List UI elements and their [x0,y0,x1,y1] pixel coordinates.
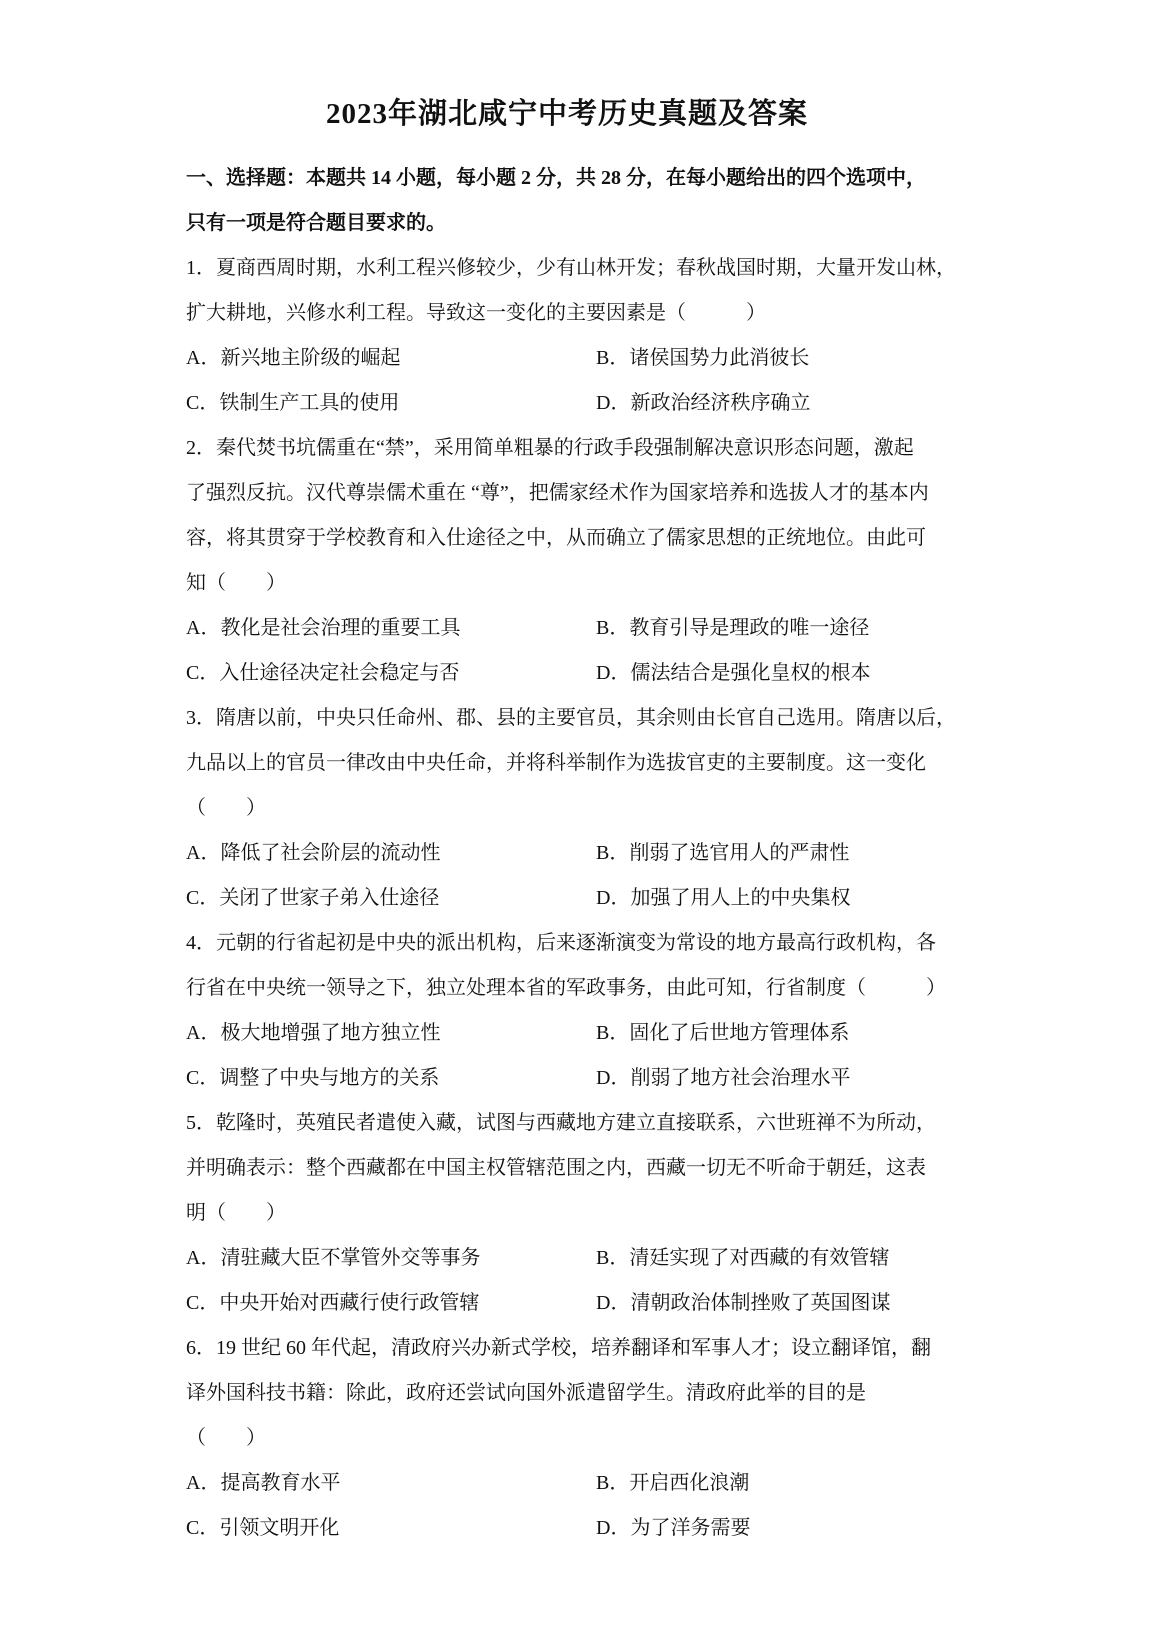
answer-option: D．削弱了地方社会治理水平 [596,1056,850,1101]
option-row: A．提高教育水平 B．开启西化浪潮 [186,1461,948,1506]
option-label: D． [596,1056,630,1101]
question-options: A．降低了社会阶层的流动性 B．削弱了选官用人的严肃性 C．关闭了世家子弟入仕途… [186,831,948,921]
question-stem: 1．夏商西周时期，水利工程兴修较少，少有山林开发；春秋战国时期，大量开发山林，扩… [186,246,948,336]
option-label: A． [186,831,220,876]
option-label: C． [186,1056,219,1101]
option-row: A．极大地增强了地方独立性 B．固化了后世地方管理体系 [186,1011,948,1056]
answer-option: B．清廷实现了对西藏的有效管辖 [596,1236,889,1281]
option-text: 为了洋务需要 [630,1506,750,1551]
question-stem: 6．19 世纪 60 年代起，清政府兴办新式学校，培养翻译和军事人才；设立翻译馆… [186,1326,948,1461]
option-text: 清朝政治体制挫败了英国图谋 [630,1281,890,1326]
option-label: C． [186,381,219,426]
option-text: 降低了社会阶层的流动性 [220,831,440,876]
question-stem: 4．元朝的行省起初是中央的派出机构，后来逐渐演变为常设的地方最高行政机构，各行省… [186,921,948,1011]
option-label: D． [596,1281,630,1326]
option-label: B． [596,1461,629,1506]
option-label: C． [186,876,219,921]
option-text: 中央开始对西藏行使行政管辖 [219,1281,479,1326]
option-text: 削弱了选官用人的严肃性 [629,831,849,876]
answer-option: C．关闭了世家子弟入仕途径 [186,876,596,921]
question-stem: 2．秦代焚书坑儒重在“禁”，采用简单粗暴的行政手段强制解决意识形态问题，激起了强… [186,426,948,606]
option-row: A．教化是社会治理的重要工具 B．教育引导是理政的唯一途径 [186,606,948,651]
answer-option: B．诸侯国势力此消彼长 [596,336,809,381]
stem-line: 并明确表示：整个西藏都在中国主权管辖范围之内，西藏一切无不听命于朝廷，这表 [186,1146,948,1191]
stem-line: 知（ ） [186,561,948,606]
option-text: 加强了用人上的中央集权 [630,876,850,921]
question-block: 3．隋唐以前，中央只任命州、郡、县的主要官员，其余则由长官自己选用。隋唐以后，九… [186,696,948,921]
option-text: 削弱了地方社会治理水平 [630,1056,850,1101]
stem-line: 明（ ） [186,1191,948,1236]
stem-line: 九品以上的官员一律改由中央任命，并将科举制作为选拔官吏的主要制度。这一变化 [186,741,948,786]
stem-line: 容，将其贯穿于学校教育和入仕途径之中，从而确立了儒家思想的正统地位。由此可 [186,516,948,561]
option-row: C．中央开始对西藏行使行政管辖 D．清朝政治体制挫败了英国图谋 [186,1281,948,1326]
option-label: A． [186,336,220,381]
question-list: 1．夏商西周时期，水利工程兴修较少，少有山林开发；春秋战国时期，大量开发山林，扩… [186,246,948,1551]
option-row: C．调整了中央与地方的关系 D．削弱了地方社会治理水平 [186,1056,948,1101]
option-row: C．铁制生产工具的使用 D．新政治经济秩序确立 [186,381,948,426]
stem-line: 4．元朝的行省起初是中央的派出机构，后来逐渐演变为常设的地方最高行政机构，各 [186,921,948,966]
option-text: 新兴地主阶级的崛起 [220,336,400,381]
option-row: C．入仕途径决定社会稳定与否 D．儒法结合是强化皇权的根本 [186,651,948,696]
option-row: C．关闭了世家子弟入仕途径 D．加强了用人上的中央集权 [186,876,948,921]
answer-option: D．为了洋务需要 [596,1506,750,1551]
question-stem: 3．隋唐以前，中央只任命州、郡、县的主要官员，其余则由长官自己选用。隋唐以后，九… [186,696,948,831]
answer-option: D．清朝政治体制挫败了英国图谋 [596,1281,890,1326]
answer-option: B．开启西化浪潮 [596,1461,749,1506]
stem-line: 1．夏商西周时期，水利工程兴修较少，少有山林开发；春秋战国时期，大量开发山林， [186,246,948,291]
answer-option: A．清驻藏大臣不掌管外交等事务 [186,1236,596,1281]
answer-option: A．新兴地主阶级的崛起 [186,336,596,381]
answer-option: A．降低了社会阶层的流动性 [186,831,596,876]
answer-option: C．入仕途径决定社会稳定与否 [186,651,596,696]
option-label: C． [186,1506,219,1551]
question-options: A．极大地增强了地方独立性 B．固化了后世地方管理体系 C．调整了中央与地方的关… [186,1011,948,1101]
answer-option: B．削弱了选官用人的严肃性 [596,831,849,876]
option-text: 关闭了世家子弟入仕途径 [219,876,439,921]
option-row: A．降低了社会阶层的流动性 B．削弱了选官用人的严肃性 [186,831,948,876]
option-text: 教化是社会治理的重要工具 [220,606,460,651]
option-text: 儒法结合是强化皇权的根本 [630,651,870,696]
option-label: A． [186,1236,220,1281]
stem-line: （ ） [186,786,948,831]
question-options: A．教化是社会治理的重要工具 B．教育引导是理政的唯一途径 C．入仕途径决定社会… [186,606,948,696]
option-text: 固化了后世地方管理体系 [629,1011,849,1056]
option-text: 新政治经济秩序确立 [630,381,810,426]
question-options: A．提高教育水平 B．开启西化浪潮 C．引领文明开化 D．为了洋务需要 [186,1461,948,1551]
option-text: 极大地增强了地方独立性 [220,1011,440,1056]
stem-line: 行省在中央统一领导之下，独立处理本省的军政事务，由此可知，行省制度（ ） [186,966,948,1011]
option-row: A．清驻藏大臣不掌管外交等事务 B．清廷实现了对西藏的有效管辖 [186,1236,948,1281]
answer-option: B．固化了后世地方管理体系 [596,1011,849,1056]
stem-line: 2．秦代焚书坑儒重在“禁”，采用简单粗暴的行政手段强制解决意识形态问题，激起 [186,426,948,471]
option-label: C． [186,1281,219,1326]
option-label: A． [186,606,220,651]
option-label: D． [596,381,630,426]
question-block: 6．19 世纪 60 年代起，清政府兴办新式学校，培养翻译和军事人才；设立翻译馆… [186,1326,948,1551]
option-text: 开启西化浪潮 [629,1461,749,1506]
option-label: B． [596,831,629,876]
answer-option: D．加强了用人上的中央集权 [596,876,850,921]
answer-option: D．儒法结合是强化皇权的根本 [596,651,870,696]
answer-option: C．中央开始对西藏行使行政管辖 [186,1281,596,1326]
option-label: D． [596,651,630,696]
option-text: 诸侯国势力此消彼长 [629,336,809,381]
section-header-line: 一、选择题：本题共 14 小题，每小题 2 分，共 28 分，在每小题给出的四个… [186,156,948,201]
question-options: A．清驻藏大臣不掌管外交等事务 B．清廷实现了对西藏的有效管辖 C．中央开始对西… [186,1236,948,1326]
option-label: B． [596,336,629,381]
stem-line: 了强烈反抗。汉代尊崇儒术重在 “尊”，把儒家经术作为国家培养和选拔人才的基本内 [186,471,948,516]
question-block: 2．秦代焚书坑儒重在“禁”，采用简单粗暴的行政手段强制解决意识形态问题，激起了强… [186,426,948,696]
option-text: 铁制生产工具的使用 [219,381,399,426]
option-label: B． [596,1236,629,1281]
stem-line: 5．乾隆时，英殖民者遣使入藏，试图与西藏地方建立直接联系，六世班禅不为所动， [186,1101,948,1146]
section-header-line: 只有一项是符合题目要求的。 [186,201,948,246]
document-content: 一、选择题：本题共 14 小题，每小题 2 分，共 28 分，在每小题给出的四个… [186,156,948,1551]
question-stem: 5．乾隆时，英殖民者遣使入藏，试图与西藏地方建立直接联系，六世班禅不为所动，并明… [186,1101,948,1236]
option-label: B． [596,1011,629,1056]
option-text: 清驻藏大臣不掌管外交等事务 [220,1236,480,1281]
section-header: 一、选择题：本题共 14 小题，每小题 2 分，共 28 分，在每小题给出的四个… [186,156,948,246]
stem-line: 3．隋唐以前，中央只任命州、郡、县的主要官员，其余则由长官自己选用。隋唐以后， [186,696,948,741]
question-block: 5．乾隆时，英殖民者遣使入藏，试图与西藏地方建立直接联系，六世班禅不为所动，并明… [186,1101,948,1326]
answer-option: B．教育引导是理政的唯一途径 [596,606,869,651]
answer-option: C．铁制生产工具的使用 [186,381,596,426]
question-block: 1．夏商西周时期，水利工程兴修较少，少有山林开发；春秋战国时期，大量开发山林，扩… [186,246,948,426]
stem-line: 6．19 世纪 60 年代起，清政府兴办新式学校，培养翻译和军事人才；设立翻译馆… [186,1326,948,1371]
option-text: 教育引导是理政的唯一途径 [629,606,869,651]
stem-line: 译外国科技书籍：除此，政府还尝试向国外派遣留学生。清政府此举的目的是 [186,1371,948,1416]
document-page: 2023年湖北咸宁中考历史真题及答案 一、选择题：本题共 14 小题，每小题 2… [0,0,1158,1638]
option-text: 提高教育水平 [220,1461,340,1506]
answer-option: A．提高教育水平 [186,1461,596,1506]
option-text: 清廷实现了对西藏的有效管辖 [629,1236,889,1281]
answer-option: C．引领文明开化 [186,1506,596,1551]
option-row: C．引领文明开化 D．为了洋务需要 [186,1506,948,1551]
option-label: A． [186,1011,220,1056]
answer-option: A．极大地增强了地方独立性 [186,1011,596,1056]
option-text: 调整了中央与地方的关系 [219,1056,439,1101]
option-label: A． [186,1461,220,1506]
stem-line: 扩大耕地，兴修水利工程。导致这一变化的主要因素是（ ） [186,291,948,336]
answer-option: D．新政治经济秩序确立 [596,381,810,426]
option-label: B． [596,606,629,651]
question-options: A．新兴地主阶级的崛起 B．诸侯国势力此消彼长 C．铁制生产工具的使用 D．新政… [186,336,948,426]
option-text: 入仕途径决定社会稳定与否 [219,651,459,696]
stem-line: （ ） [186,1416,948,1461]
answer-option: C．调整了中央与地方的关系 [186,1056,596,1101]
option-text: 引领文明开化 [219,1506,339,1551]
option-label: D． [596,1506,630,1551]
option-label: C． [186,651,219,696]
option-row: A．新兴地主阶级的崛起 B．诸侯国势力此消彼长 [186,336,948,381]
option-label: D． [596,876,630,921]
answer-option: A．教化是社会治理的重要工具 [186,606,596,651]
page-title: 2023年湖北咸宁中考历史真题及答案 [186,94,948,134]
question-block: 4．元朝的行省起初是中央的派出机构，后来逐渐演变为常设的地方最高行政机构，各行省… [186,921,948,1101]
